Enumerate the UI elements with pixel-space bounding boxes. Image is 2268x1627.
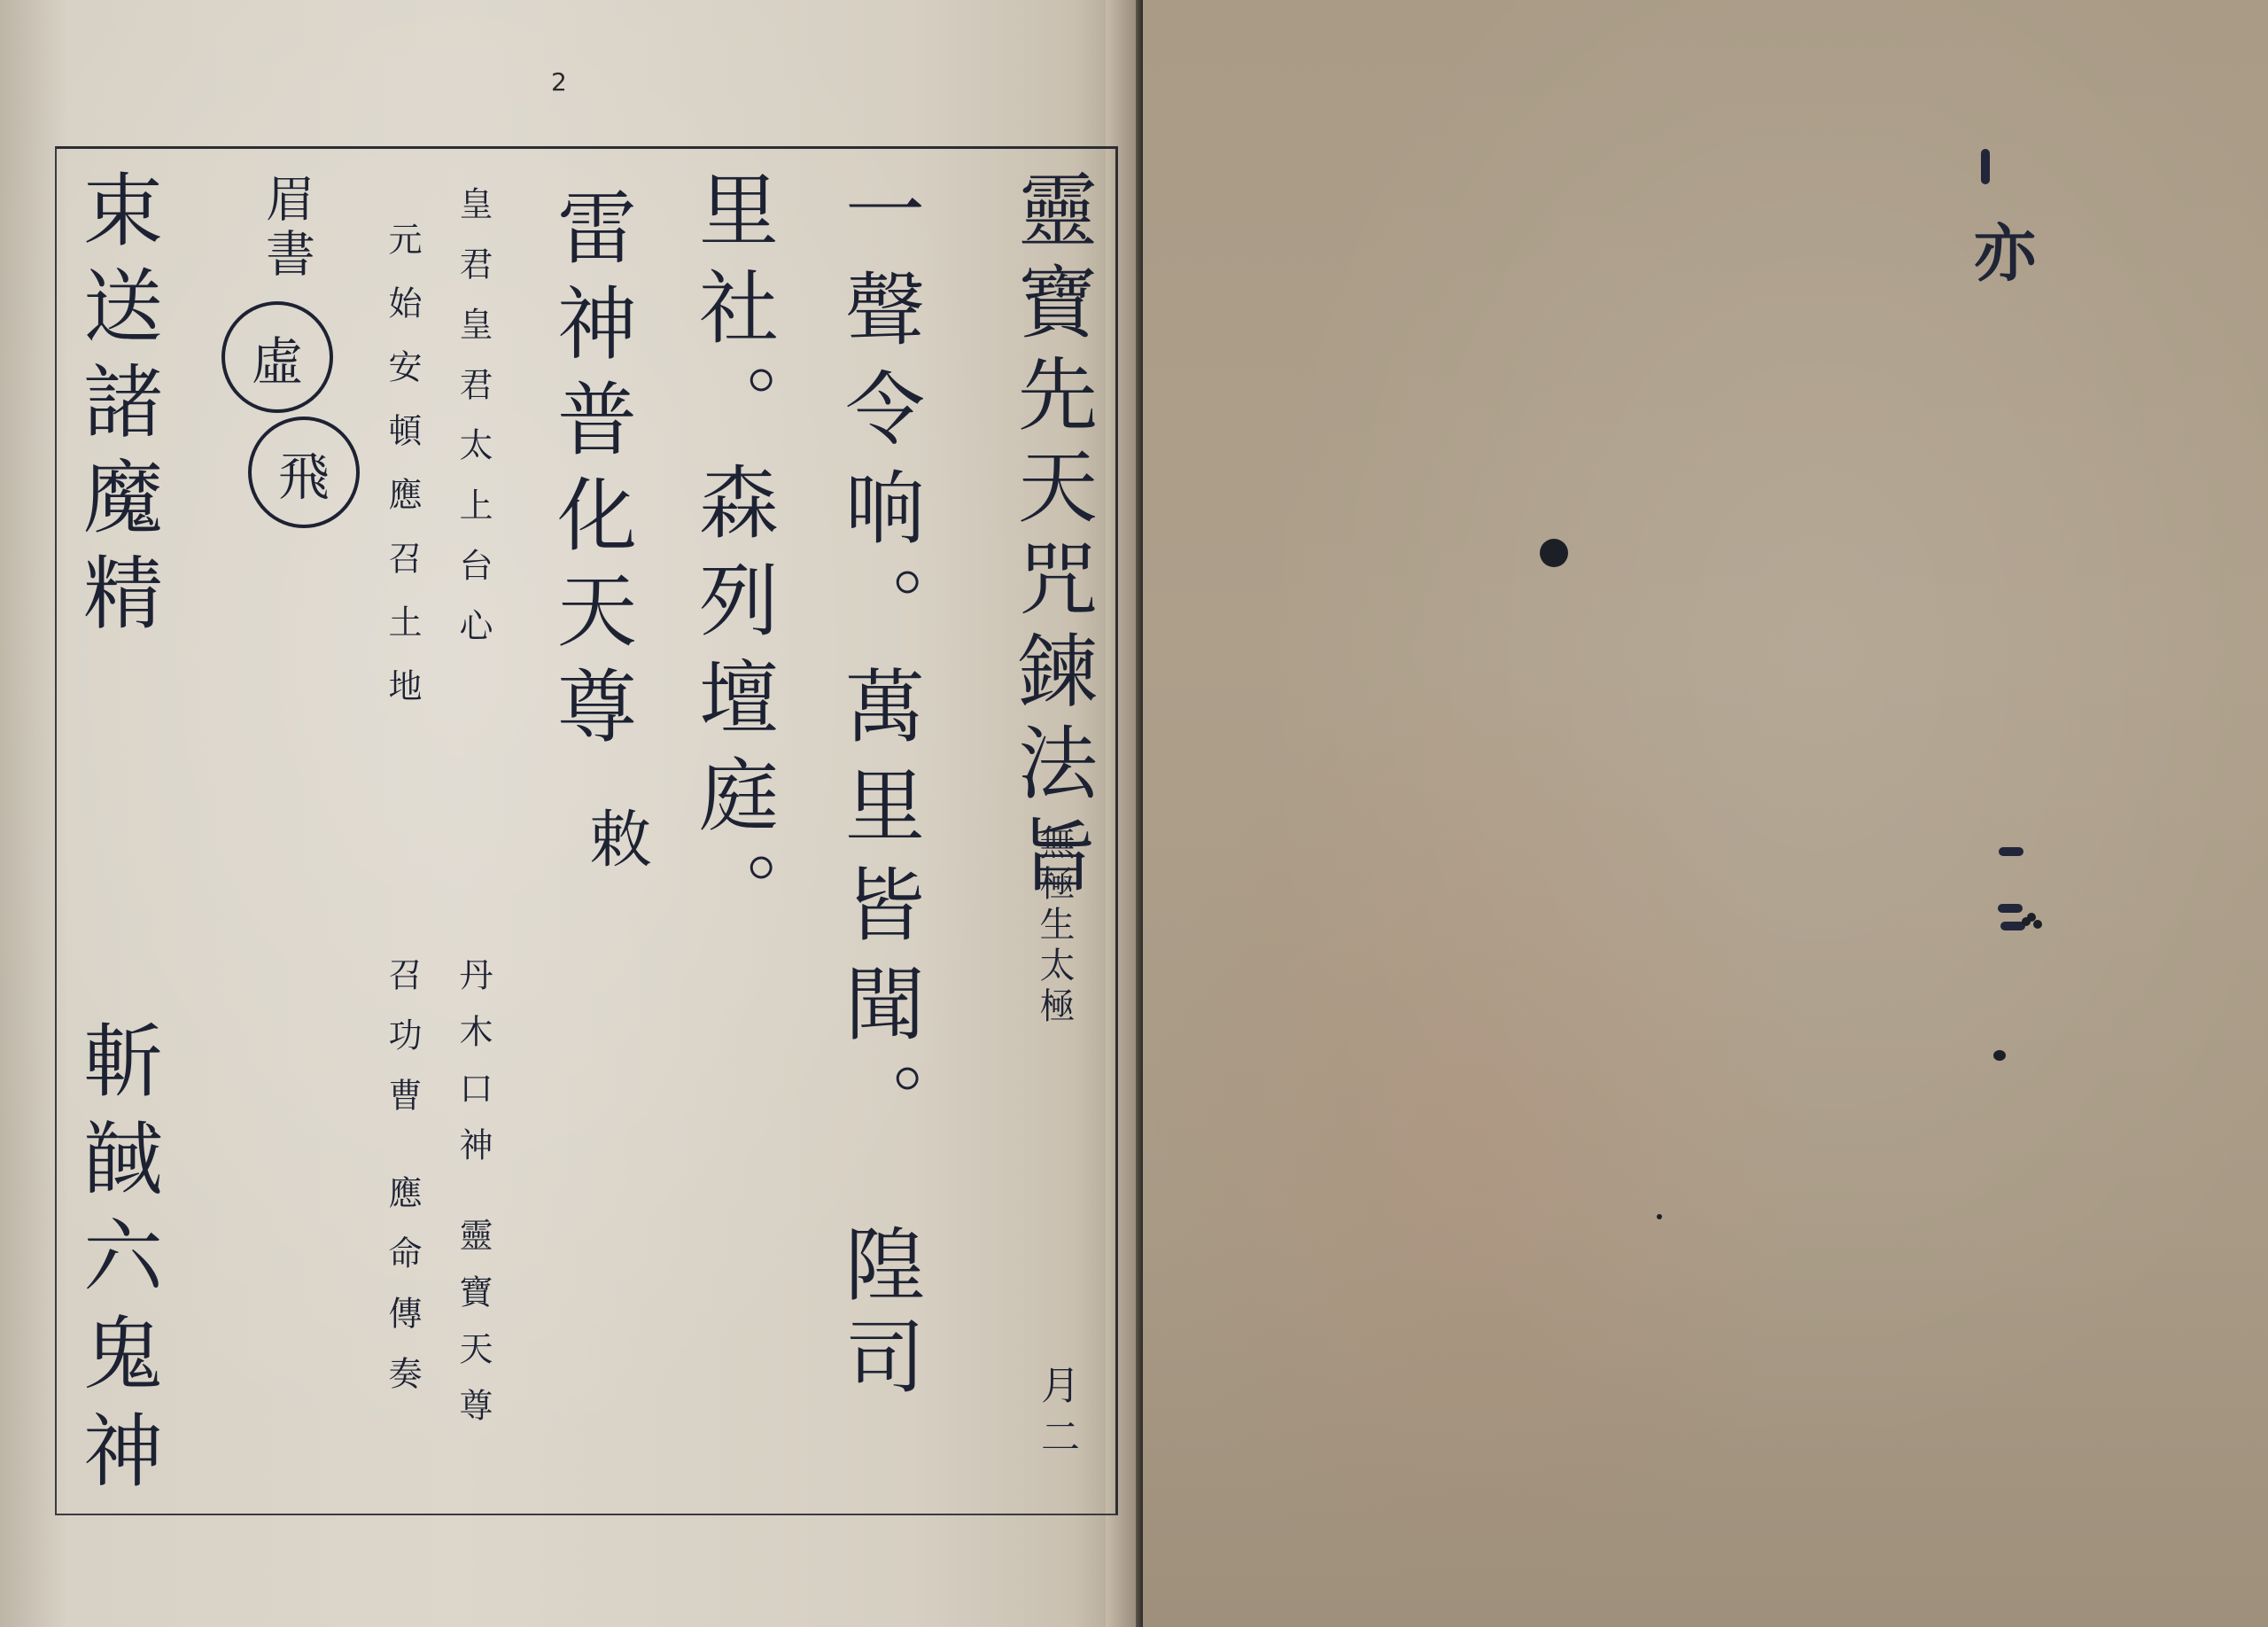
- column-5: 皇君皇君太上台心: [456, 186, 490, 668]
- column-4-tail: 敕: [585, 806, 647, 881]
- column-1-annotation: 無極生太極: [1037, 824, 1072, 1028]
- column-1-tail: 月二: [1037, 1365, 1076, 1467]
- ink-mark: [1999, 847, 2023, 856]
- manuscript-spread: 2 靈寶先天咒鍊法旨 無極生太極 月二 一聲令响。萬里皆聞。 隍司 里社。森列壇…: [0, 0, 2268, 1627]
- ink-dot: [2033, 920, 2042, 929]
- column-8-tail: 斬馘六鬼神: [75, 1019, 155, 1506]
- page-number: 2: [551, 67, 567, 97]
- right-page: [1143, 0, 2268, 1627]
- seal-fei: 飛: [248, 416, 360, 528]
- ink-dot: [2027, 913, 2036, 922]
- column-7: 眉書: [261, 173, 311, 283]
- ink-dot: [1993, 1050, 2006, 1061]
- column-4: 雷神普化天尊: [549, 186, 629, 760]
- column-6: 元始安頓應召土地: [385, 222, 419, 732]
- ink-mark: [1998, 904, 2023, 913]
- column-6-tail: 召功曹 應命傳奏: [385, 957, 419, 1416]
- column-1: 靈寶先天咒鍊法旨: [1010, 168, 1090, 906]
- right-page-mark: 亦: [1974, 204, 2036, 293]
- ink-dot: [1540, 539, 1568, 567]
- column-8: 束送諸魔精: [75, 168, 155, 647]
- column-2-tail: 隍司: [837, 1223, 917, 1407]
- column-5-tail: 丹木口神 靈寶天尊: [456, 957, 490, 1444]
- column-3: 里社。森列壇庭。: [691, 168, 771, 948]
- column-2: 一聲令响。萬里皆聞。: [837, 168, 917, 1161]
- seal-xu: 虛: [221, 301, 333, 413]
- left-page: 2 靈寶先天咒鍊法旨 無極生太極 月二 一聲令响。萬里皆聞。 隍司 里社。森列壇…: [0, 0, 1143, 1627]
- ink-dot: [1657, 1214, 1662, 1219]
- ink-mark: [1981, 149, 1990, 184]
